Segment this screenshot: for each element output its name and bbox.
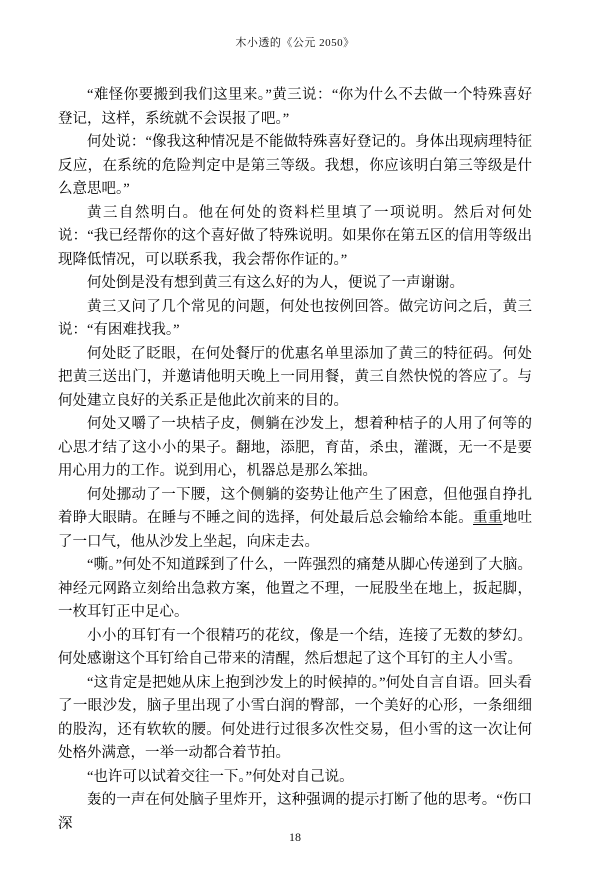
paragraph: 轰的一声在何处脑子里炸开，这种强调的提示打断了他的思考。“伤口深	[58, 789, 532, 836]
text-segment: 何处挪动了一下腰，这个侧躺的姿势让他产生了困意，但他强自挣扎着睁大眼睛。在睡与不…	[58, 487, 532, 527]
text-segment: 小小的耳钉有一个很精巧的花纹，像是一个结，连接了无数的梦幻。何处感谢这个耳钉给自…	[58, 628, 532, 668]
paragraph: 何处眨了眨眼，在何处餐厅的优惠名单里添加了黄三的特征码。何处把黄三送出门，并邀请…	[58, 343, 532, 414]
text-segment: 何处又嚼了一块桔子皮，侧躺在沙发上，想着种桔子的人用了何等的心思才结了这小小的果…	[58, 416, 532, 479]
text-segment: “也许可以试着交往一下。”何处对自己说。	[87, 769, 354, 785]
book-page: 木小透的《公元 2050》 “难怪你要搬到我们这里来。”黄三说：“你为什么不去做…	[0, 0, 590, 886]
page-body: “难怪你要搬到我们这里来。”黄三说：“你为什么不去做一个特殊喜好登记，这样，系统…	[58, 84, 532, 836]
text-segment: 何处眨了眨眼，在何处餐厅的优惠名单里添加了黄三的特征码。何处把黄三送出门，并邀请…	[58, 346, 532, 409]
paragraph: 何处说：“像我这种情况是不能做特殊喜好登记的。身体出现病理特征反应，在系统的危险…	[58, 131, 532, 202]
text-segment: “难怪你要搬到我们这里来。”黄三说：“你为什么不去做一个特殊喜好登记，这样，系统…	[58, 87, 532, 127]
text-segment: 何处说：“像我这种情况是不能做特殊喜好登记的。身体出现病理特征反应，在系统的危险…	[58, 134, 532, 197]
text-segment: 轰的一声在何处脑子里炸开，这种强调的提示打断了他的思考。“伤口深	[58, 792, 532, 832]
page-number: 18	[0, 830, 590, 845]
paragraph: 小小的耳钉有一个很精巧的花纹，像是一个结，连接了无数的梦幻。何处感谢这个耳钉给自…	[58, 625, 532, 672]
paragraph: “难怪你要搬到我们这里来。”黄三说：“你为什么不去做一个特殊喜好登记，这样，系统…	[58, 84, 532, 131]
text-segment: 何处倒是没有想到黄三有这么好的为人，便说了一声谢谢。	[87, 275, 464, 291]
text-segment: “这肯定是把她从床上抱到沙发上的时候掉的。”何处自言自语。回头看了一眼沙发，脑子…	[58, 675, 532, 762]
paragraph: 黄三又问了几个常见的问题，何处也按例回答。做完访问之后，黄三说：“有困难找我。”	[58, 296, 532, 343]
paragraph: 何处倒是没有想到黄三有这么好的为人，便说了一声谢谢。	[58, 272, 532, 296]
running-header-title: 木小透的《公元 2050》	[0, 34, 590, 50]
underlined-text-segment: 重重	[473, 510, 503, 526]
paragraph: “这肯定是把她从床上抱到沙发上的时候掉的。”何处自言自语。回头看了一眼沙发，脑子…	[58, 672, 532, 766]
text-segment: 黄三自然明白。他在何处的资料栏里填了一项说明。然后对何处说：“我已经帮你的这个喜…	[58, 205, 532, 268]
text-segment: 黄三又问了几个常见的问题，何处也按例回答。做完访问之后，黄三说：“有困难找我。”	[58, 299, 532, 339]
paragraph: “嘶。”何处不知道踩到了什么，一阵强烈的痛楚从脚心传递到了大脑。神经元网路立刻给…	[58, 554, 532, 625]
paragraph: “也许可以试着交往一下。”何处对自己说。	[58, 766, 532, 790]
text-segment: “嘶。”何处不知道踩到了什么，一阵强烈的痛楚从脚心传递到了大脑。神经元网路立刻给…	[58, 557, 532, 620]
paragraph: 何处挪动了一下腰，这个侧躺的姿势让他产生了困意，但他强自挣扎着睁大眼睛。在睡与不…	[58, 484, 532, 555]
paragraph: 黄三自然明白。他在何处的资料栏里填了一项说明。然后对何处说：“我已经帮你的这个喜…	[58, 202, 532, 273]
paragraph: 何处又嚼了一块桔子皮，侧躺在沙发上，想着种桔子的人用了何等的心思才结了这小小的果…	[58, 413, 532, 484]
